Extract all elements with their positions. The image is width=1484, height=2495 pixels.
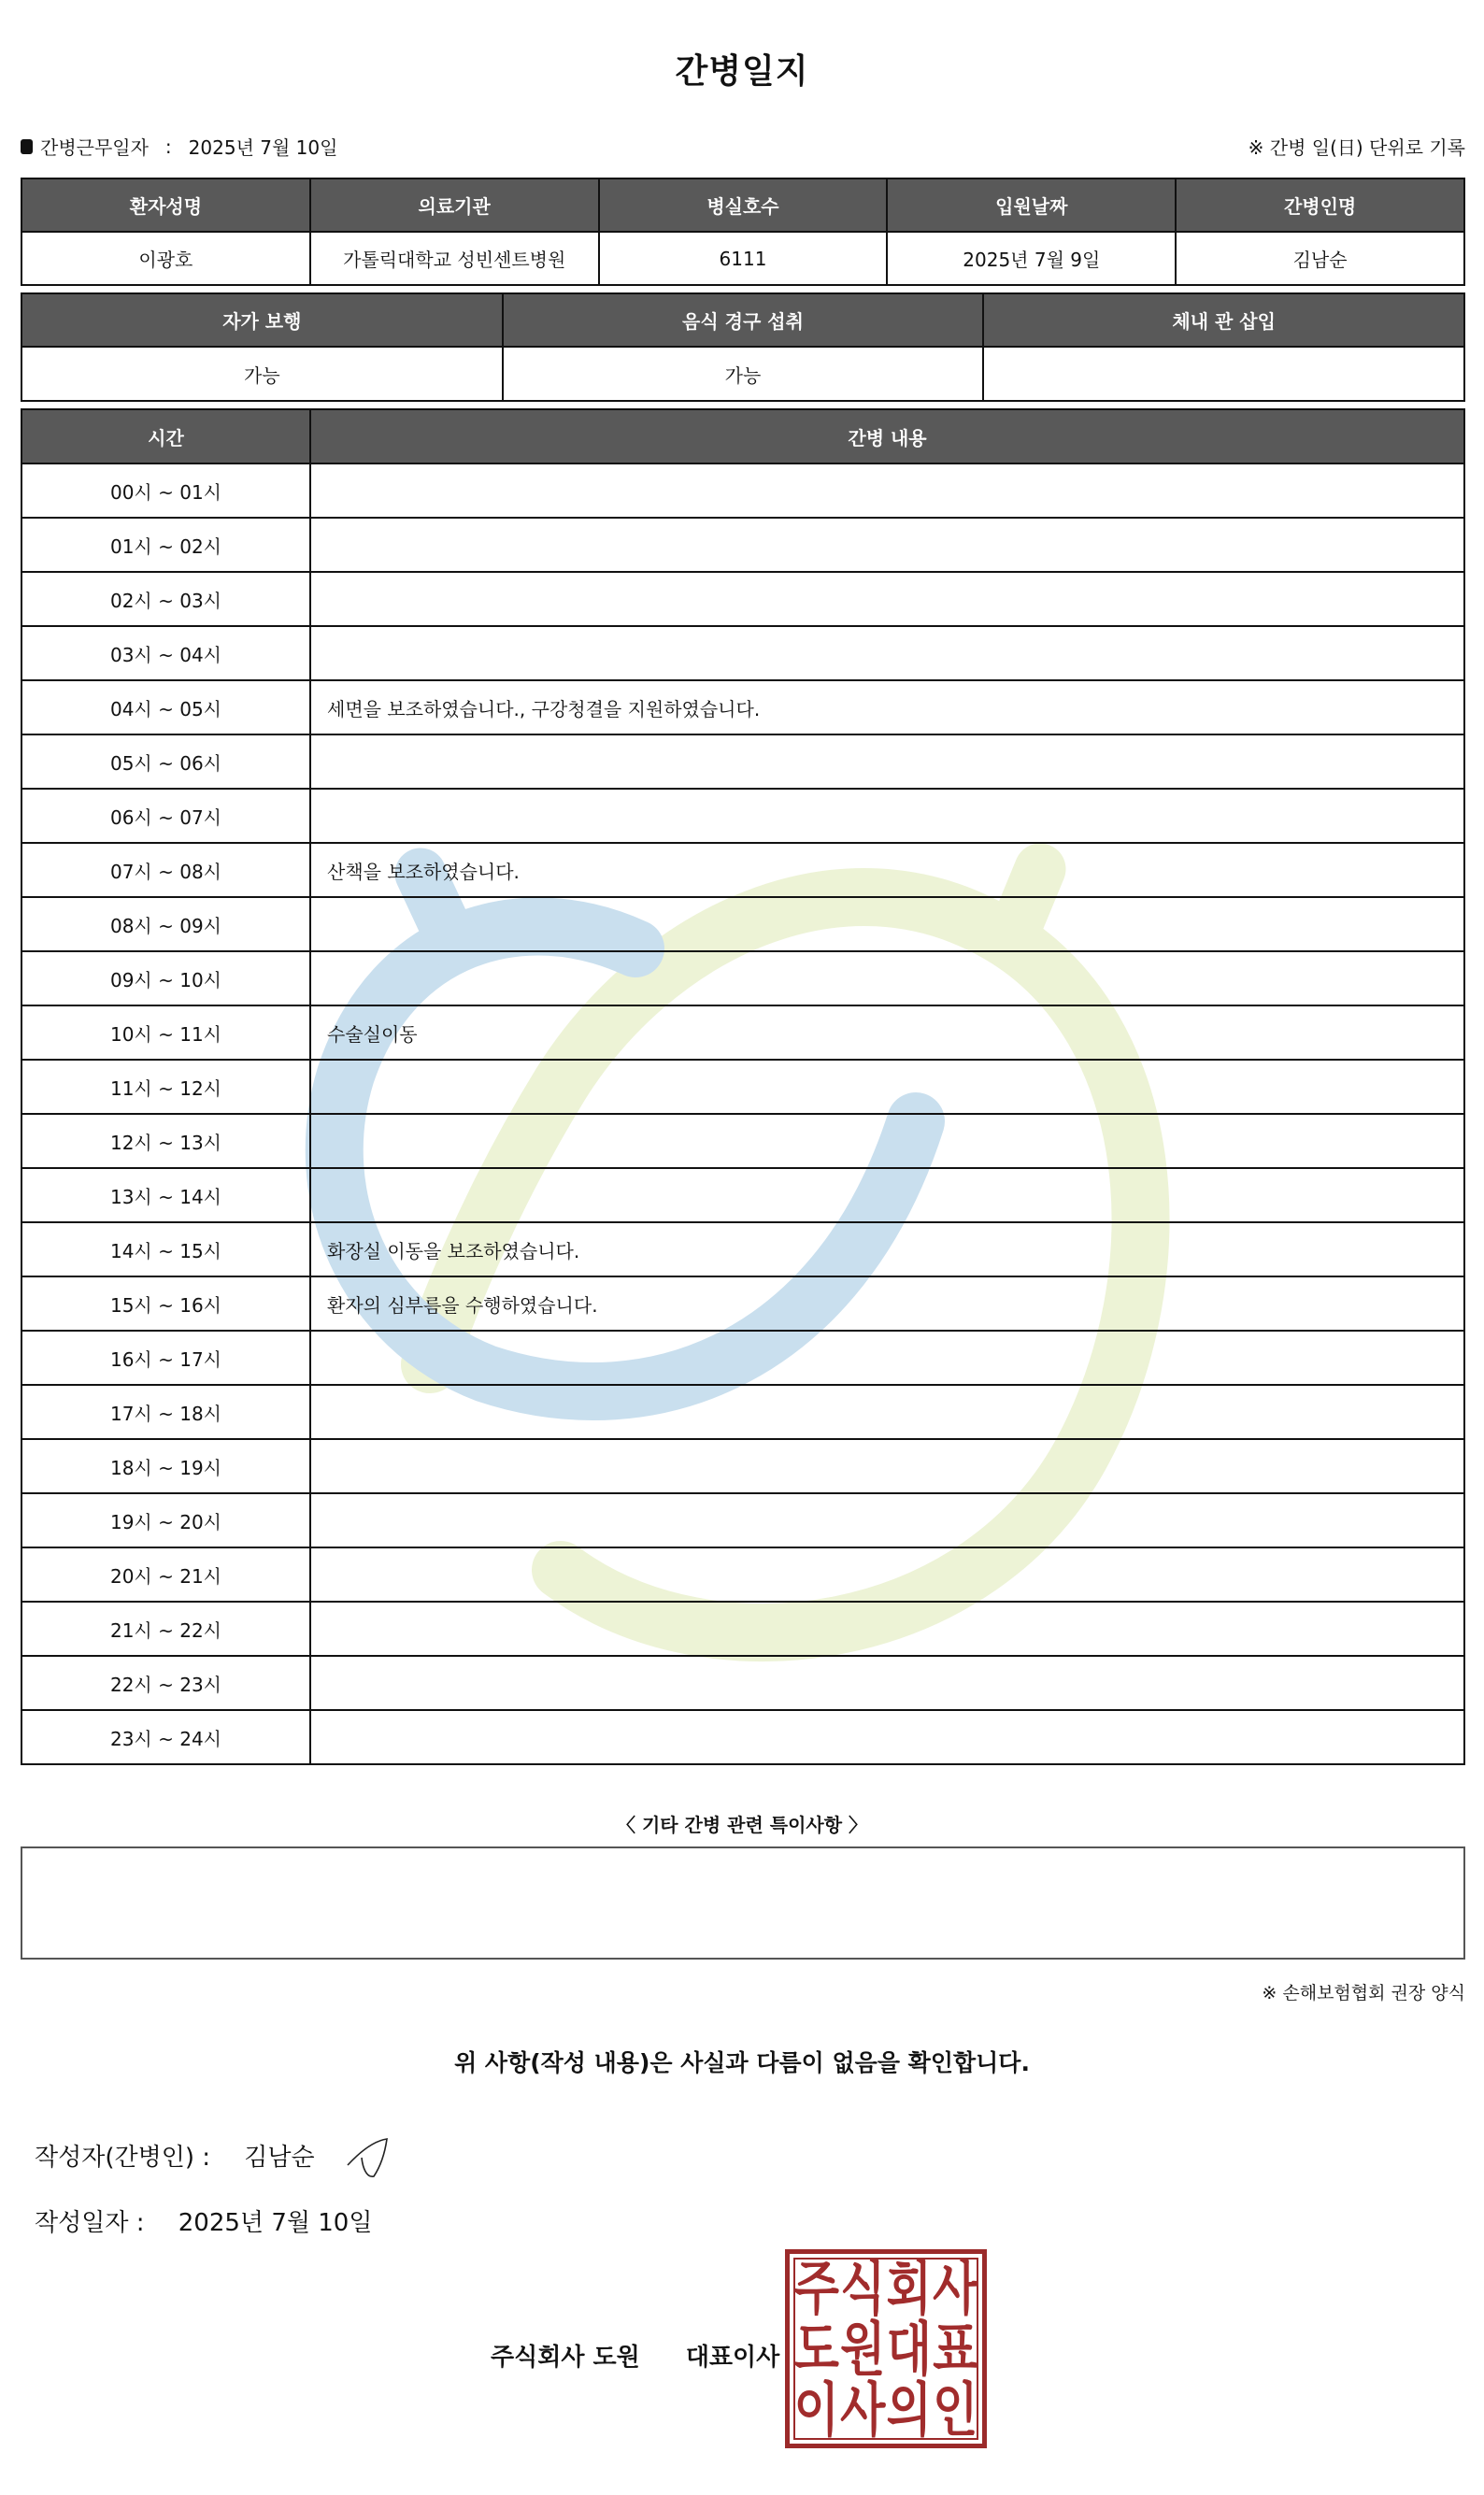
care-content [310,951,1464,1005]
care-log-row: 21시 ~ 22시 [21,1602,1464,1656]
patient-name: 이광호 [21,232,310,285]
time-slot: 10시 ~ 11시 [21,1005,310,1060]
header-hospital: 의료기관 [310,178,599,232]
signature-icon [346,2135,392,2182]
care-content [310,463,1464,518]
header-caregiver-name: 간병인명 [1176,178,1464,232]
care-content [310,572,1464,626]
status-info-value-row: 가능 가능 [21,347,1464,401]
header-self-walking: 자가 보행 [21,293,503,347]
time-slot: 16시 ~ 17시 [21,1331,310,1385]
care-log-row: 09시 ~ 10시 [21,951,1464,1005]
care-content [310,1656,1464,1710]
care-content [310,789,1464,843]
care-content [310,1602,1464,1656]
care-log-row: 03시 ~ 04시 [21,626,1464,680]
time-slot: 00시 ~ 01시 [21,463,310,518]
patient-info-header-row: 환자성명 의료기관 병실호수 입원날짜 간병인명 [21,178,1464,232]
care-log-row: 10시 ~ 11시수술실이동 [21,1005,1464,1060]
care-log-header-row: 시간 간병 내용 [21,409,1464,463]
care-content: 환자의 심부름을 수행하였습니다. [310,1276,1464,1331]
header-care-content: 간병 내용 [310,409,1464,463]
care-log-row: 11시 ~ 12시 [21,1060,1464,1114]
care-log-row: 16시 ~ 17시 [21,1331,1464,1385]
tube-insertion-value [983,347,1464,401]
record-unit-note: ※ 간병 일(日) 단위로 기록 [1249,133,1465,160]
time-slot: 12시 ~ 13시 [21,1114,310,1168]
time-slot: 06시 ~ 07시 [21,789,310,843]
remarks-title: 〈 기타 간병 관련 특이사항 〉 [0,1810,1484,1837]
time-slot: 17시 ~ 18시 [21,1385,310,1439]
time-slot: 22시 ~ 23시 [21,1656,310,1710]
time-slot: 21시 ~ 22시 [21,1602,310,1656]
written-date-line: 작성일자 : 2025년 7월 10일 [35,2203,372,2238]
admission-date: 2025년 7월 9일 [887,232,1176,285]
time-slot: 15시 ~ 16시 [21,1276,310,1331]
header-patient-name: 환자성명 [21,178,310,232]
care-content [310,1060,1464,1114]
hospital-name: 가톨릭대학교 성빈센트병원 [310,232,599,285]
work-date-value: 2025년 7월 10일 [189,133,338,160]
confirmation-statement: 위 사항(작성 내용)은 사실과 다름이 없음을 확인합니다. [0,2045,1484,2078]
care-log-row: 13시 ~ 14시 [21,1168,1464,1222]
care-log-row: 20시 ~ 21시 [21,1547,1464,1602]
time-slot: 01시 ~ 02시 [21,518,310,572]
care-content [310,897,1464,951]
time-slot: 03시 ~ 04시 [21,626,310,680]
patient-info-value-row: 이광호 가톨릭대학교 성빈센트병원 6111 2025년 7월 9일 김남순 [21,232,1464,285]
time-slot: 09시 ~ 10시 [21,951,310,1005]
care-log-row: 15시 ~ 16시환자의 심부름을 수행하였습니다. [21,1276,1464,1331]
care-content [310,1385,1464,1439]
company-name: 주식회사 도원 [491,2344,640,2372]
care-content [310,518,1464,572]
work-date-line: 간병근무일자 : 2025년 7월 10일 [21,133,337,160]
time-slot: 11시 ~ 12시 [21,1060,310,1114]
document-body: 간병일지 간병근무일자 : 2025년 7월 10일 ※ 간병 일(日) 단위로… [0,0,1484,2495]
time-slot: 07시 ~ 08시 [21,843,310,897]
header-tube-insertion: 체내 관 삽입 [983,293,1464,347]
self-walking-value: 가능 [21,347,503,401]
time-slot: 13시 ~ 14시 [21,1168,310,1222]
oral-intake-value: 가능 [503,347,984,401]
time-slot: 23시 ~ 24시 [21,1710,310,1764]
header-time: 시간 [21,409,310,463]
care-content: 산책을 보조하였습니다. [310,843,1464,897]
care-log-row: 04시 ~ 05시세면을 보조하였습니다., 구강청결을 지원하였습니다. [21,680,1464,734]
time-slot: 04시 ~ 05시 [21,680,310,734]
time-slot: 08시 ~ 09시 [21,897,310,951]
ceo-title: 대표이사 [686,2344,779,2372]
time-slot: 20시 ~ 21시 [21,1547,310,1602]
writer-name: 김남순 [244,2144,314,2172]
time-slot: 18시 ~ 19시 [21,1439,310,1493]
care-content [310,1547,1464,1602]
work-date-colon: : [165,135,172,158]
writer-label: 작성자(간병인) : [35,2144,210,2172]
time-slot: 05시 ~ 06시 [21,734,310,789]
care-content [310,1493,1464,1547]
care-content [310,1710,1464,1764]
written-date-value: 2025년 7월 10일 [178,2209,373,2237]
patient-info-table: 환자성명 의료기관 병실호수 입원날짜 간병인명 이광호 가톨릭대학교 성빈센트… [21,178,1465,286]
status-info-header-row: 자가 보행 음식 경구 섭취 체내 관 삽입 [21,293,1464,347]
care-log-row: 05시 ~ 06시 [21,734,1464,789]
care-log-table: 시간 간병 내용 00시 ~ 01시01시 ~ 02시02시 ~ 03시03시 … [21,408,1465,1765]
writer-line: 작성자(간병인) : 김남순 [35,2138,315,2173]
remarks-box [21,1846,1465,1960]
care-content: 화장실 이동을 보조하였습니다. [310,1222,1464,1276]
stamp-character: 이 [793,2372,840,2447]
care-log-row: 17시 ~ 18시 [21,1385,1464,1439]
stamp-character: 사 [840,2372,887,2447]
care-content [310,1114,1464,1168]
company-seal-stamp: 주식회사도원대표이사의인 [785,2249,987,2448]
care-log-row: 22시 ~ 23시 [21,1656,1464,1710]
status-info-table: 자가 보행 음식 경구 섭취 체내 관 삽입 가능 가능 [21,292,1465,402]
care-log-row: 00시 ~ 01시 [21,463,1464,518]
care-log-row: 08시 ~ 09시 [21,897,1464,951]
header-oral-intake: 음식 경구 섭취 [503,293,984,347]
care-log-row: 01시 ~ 02시 [21,518,1464,572]
room-number: 6111 [599,232,888,285]
time-slot: 02시 ~ 03시 [21,572,310,626]
care-content [310,1439,1464,1493]
care-content [310,1331,1464,1385]
care-log-row: 23시 ~ 24시 [21,1710,1464,1764]
care-log-row: 07시 ~ 08시산책을 보조하였습니다. [21,843,1464,897]
form-source-note: ※ 손해보험협회 권장 양식 [1262,1979,1465,2004]
page-title: 간병일지 [0,45,1484,93]
care-log-rows: 00시 ~ 01시01시 ~ 02시02시 ~ 03시03시 ~ 04시04시 … [21,463,1464,1764]
square-bullet-icon [21,139,33,154]
care-log-row: 18시 ~ 19시 [21,1439,1464,1493]
header-room-number: 병실호수 [599,178,888,232]
care-log-row: 19시 ~ 20시 [21,1493,1464,1547]
company-line: 주식회사 도원 대표이사 [491,2338,779,2373]
care-log-row: 14시 ~ 15시화장실 이동을 보조하였습니다. [21,1222,1464,1276]
header-admission-date: 입원날짜 [887,178,1176,232]
care-log-row: 06시 ~ 07시 [21,789,1464,843]
care-log-row: 12시 ~ 13시 [21,1114,1464,1168]
care-log-row: 02시 ~ 03시 [21,572,1464,626]
work-date-label: 간병근무일자 [40,133,149,160]
time-slot: 14시 ~ 15시 [21,1222,310,1276]
care-content: 수술실이동 [310,1005,1464,1060]
time-slot: 19시 ~ 20시 [21,1493,310,1547]
care-content [310,626,1464,680]
stamp-character: 인 [933,2372,979,2447]
stamp-character: 의 [886,2372,933,2447]
care-content [310,1168,1464,1222]
written-date-label: 작성일자 : [35,2209,145,2237]
caregiver-name: 김남순 [1176,232,1464,285]
care-content: 세면을 보조하였습니다., 구강청결을 지원하였습니다. [310,680,1464,734]
care-content [310,734,1464,789]
